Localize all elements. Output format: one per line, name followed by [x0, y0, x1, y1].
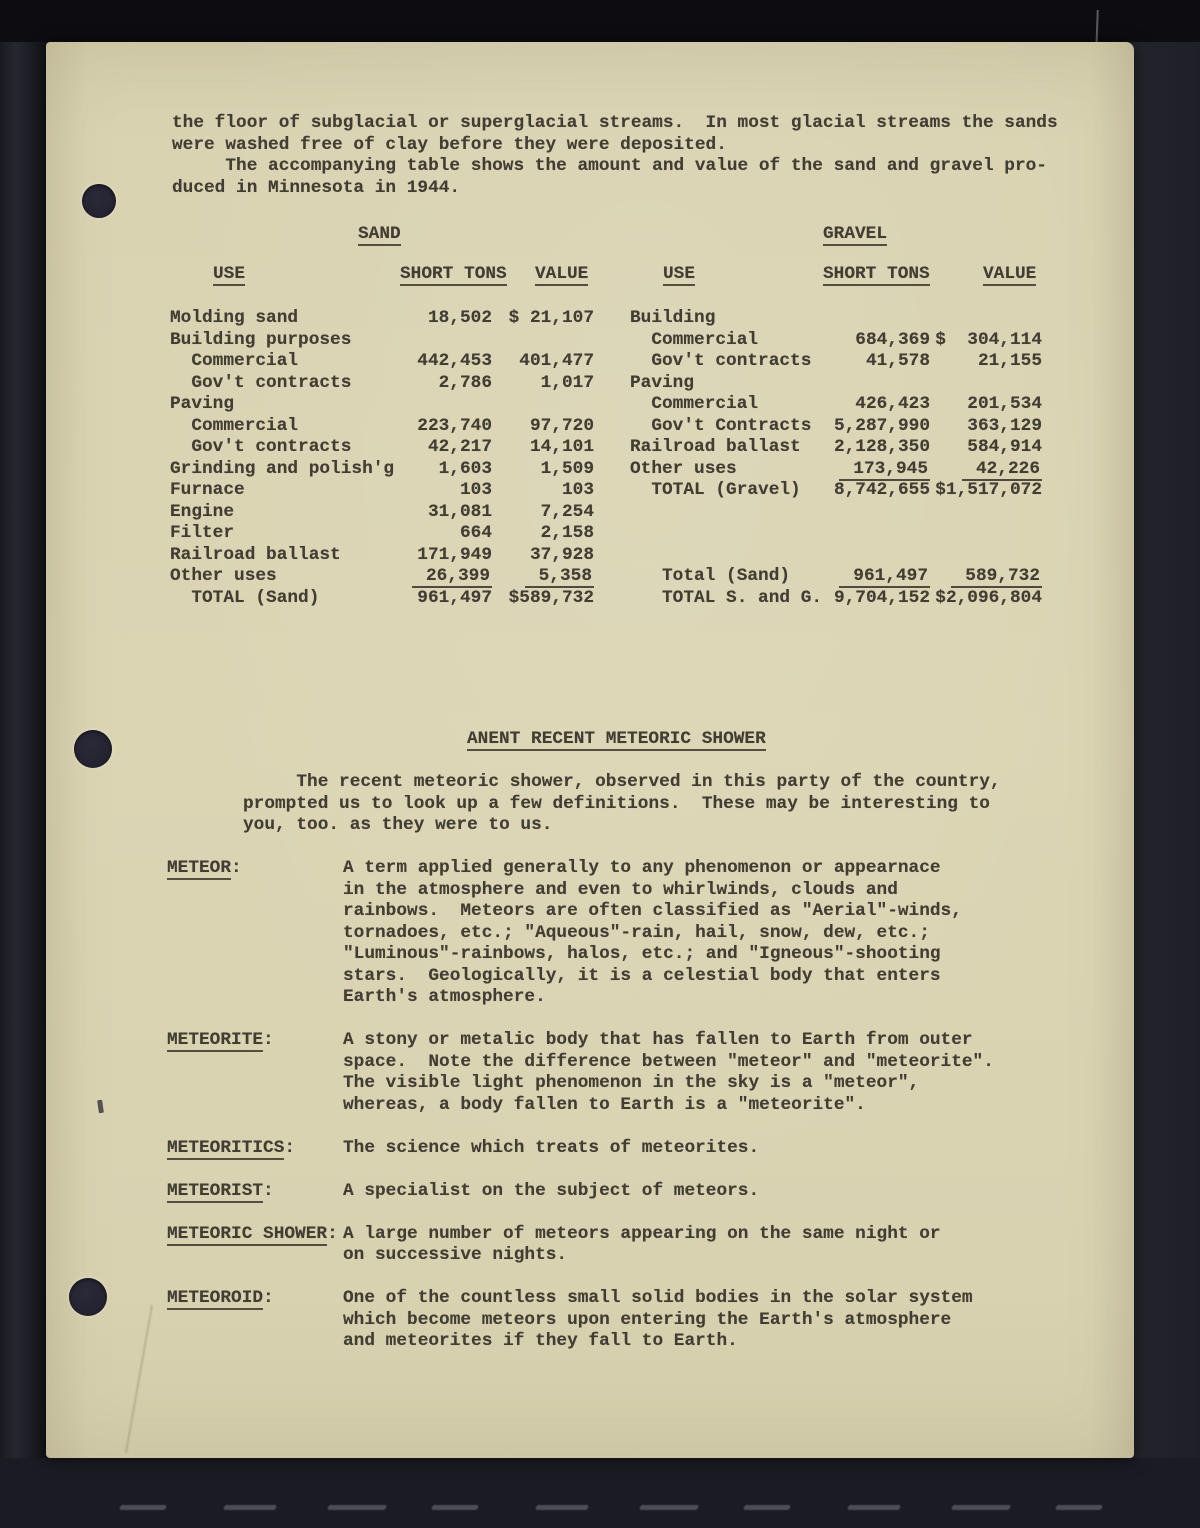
row-short-tons: 8,742,655: [830, 480, 930, 502]
table-row: Engine31,0817,254: [170, 502, 594, 524]
row-short-tons: [396, 394, 492, 416]
row-short-tons: [830, 308, 930, 330]
row-value: 1,509: [492, 459, 594, 481]
definition-term: METEORITE:: [167, 1030, 343, 1116]
row-use-label: Commercial: [170, 416, 396, 438]
row-short-tons: 26,399: [396, 566, 492, 588]
row-value: [492, 394, 594, 416]
row-value: 7,254: [492, 502, 594, 524]
film-mark: [119, 1505, 167, 1510]
document-page: the floor of subglacial or superglacial …: [46, 42, 1134, 1458]
table-row: Railroad ballast171,94937,928: [170, 545, 594, 567]
table-row: Furnace103103: [170, 480, 594, 502]
row-use-label: Commercial: [630, 394, 830, 416]
row-short-tons: 41,578: [830, 351, 930, 373]
row-value: $ 304,114: [930, 330, 1042, 352]
row-use-label: Filter: [170, 523, 396, 545]
definition-text: A term applied generally to any phenomen…: [343, 858, 962, 1009]
scan-background-bottom: [0, 1458, 1200, 1528]
row-short-tons: 103: [396, 480, 492, 502]
definition-term: METEOR:: [167, 858, 343, 1009]
definition-text: The science which treats of meteorites.: [343, 1138, 759, 1160]
row-value: $ 21,107: [492, 308, 594, 330]
row-use-label: Molding sand: [170, 308, 396, 330]
row-value: 97,720: [492, 416, 594, 438]
row-short-tons: [396, 330, 492, 352]
definition-item: METEOROID:One of the countless small sol…: [167, 1288, 1067, 1353]
row-value: 363,129: [930, 416, 1042, 438]
definition-text: A specialist on the subject of meteors.: [343, 1181, 759, 1203]
row-use-label: Other uses: [630, 459, 830, 481]
table-row: Gov't contracts41,57821,155: [630, 351, 1042, 373]
row-short-tons: 173,945: [830, 459, 930, 481]
table-row: [630, 523, 1042, 545]
row-short-tons: 9,704,152: [830, 588, 930, 610]
definition-item: METEORIST:A specialist on the subject of…: [167, 1181, 1067, 1203]
table-row: Commercial223,74097,720: [170, 416, 594, 438]
film-edge-marks: [0, 1503, 1200, 1513]
row-short-tons: [830, 373, 930, 395]
row-use-label: Commercial: [170, 351, 396, 373]
row-use-label: Paving: [630, 373, 830, 395]
row-use-label: Gov't contracts: [170, 373, 396, 395]
table-row: Gov't contracts42,21714,101: [170, 437, 594, 459]
paper-crease: [125, 1305, 153, 1453]
row-use-label: Engine: [170, 502, 396, 524]
punch-hole: [69, 1278, 107, 1316]
row-use-label: Other uses: [170, 566, 396, 588]
row-use-label: Gov't contracts: [630, 351, 830, 373]
scanned-document-photo: { "colors": { "paper": "#d9d3b2", "ink":…: [0, 0, 1200, 1528]
table-row: Commercial426,423201,534: [630, 394, 1042, 416]
table-row: [630, 545, 1042, 567]
definition-text: A large number of meteors appearing on t…: [343, 1224, 941, 1267]
gravel-table-title: GRAVEL: [823, 224, 887, 246]
row-use-label: Gov't contracts: [170, 437, 396, 459]
table-row: [630, 502, 1042, 524]
row-value: [930, 373, 1042, 395]
row-value: 21,155: [930, 351, 1042, 373]
row-short-tons: 961,497: [396, 588, 492, 610]
row-value: 103: [492, 480, 594, 502]
film-mark: [535, 1505, 589, 1510]
punch-hole: [74, 730, 112, 768]
definition-term: METEORITICS:: [167, 1138, 343, 1160]
table-row: Filter6642,158: [170, 523, 594, 545]
film-mark: [951, 1505, 1011, 1510]
row-short-tons: 1,603: [396, 459, 492, 481]
row-short-tons: 223,740: [396, 416, 492, 438]
gravel-col-short-tons: SHORT TONS: [823, 264, 930, 286]
row-short-tons: 426,423: [830, 394, 930, 416]
film-mark: [223, 1505, 277, 1510]
row-use-label: Railroad ballast: [170, 545, 396, 567]
row-use-label: Paving: [170, 394, 396, 416]
row-short-tons: [830, 523, 930, 545]
row-use-label: Railroad ballast: [630, 437, 830, 459]
row-value: 37,928: [492, 545, 594, 567]
row-use-label: TOTAL S. and G.: [630, 588, 830, 610]
definition-item: METEORITE:A stony or metalic body that h…: [167, 1030, 1067, 1116]
scan-background-right: [1130, 0, 1200, 1528]
row-value: $589,732: [492, 588, 594, 610]
table-row: Commercial684,369$ 304,114: [630, 330, 1042, 352]
section-intro: The recent meteoric shower, observed in …: [243, 772, 1001, 837]
row-value: 2,158: [492, 523, 594, 545]
row-value: 589,732: [930, 566, 1042, 588]
definition-item: METEOR:A term applied generally to any p…: [167, 858, 1067, 1009]
table-row: Railroad ballast2,128,350584,914: [630, 437, 1042, 459]
row-short-tons: 664: [396, 523, 492, 545]
sand-table: Molding sand18,502$ 21,107Building purpo…: [170, 308, 594, 609]
table-row: Molding sand18,502$ 21,107: [170, 308, 594, 330]
definition-text: A stony or metalic body that has fallen …: [343, 1030, 994, 1116]
intro-paragraph: the floor of subglacial or superglacial …: [172, 113, 1058, 199]
row-value: 401,477: [492, 351, 594, 373]
row-short-tons: 2,128,350: [830, 437, 930, 459]
table-row: Other uses26,3995,358: [170, 566, 594, 588]
table-row: Building: [630, 308, 1042, 330]
table-row: Total (Sand)961,497589,732: [630, 566, 1042, 588]
row-value: 584,914: [930, 437, 1042, 459]
row-value: [930, 502, 1042, 524]
sand-col-value: VALUE: [535, 264, 588, 286]
row-short-tons: 31,081: [396, 502, 492, 524]
row-short-tons: 2,786: [396, 373, 492, 395]
film-mark: [431, 1505, 479, 1510]
row-short-tons: [830, 545, 930, 567]
row-value: 42,226: [930, 459, 1042, 481]
row-value: 5,358: [492, 566, 594, 588]
gravel-col-value: VALUE: [983, 264, 1036, 286]
table-row: Paving: [170, 394, 594, 416]
row-use-label: Building: [630, 308, 830, 330]
definition-term: METEORIC SHOWER:: [167, 1224, 343, 1267]
row-short-tons: 42,217: [396, 437, 492, 459]
row-short-tons: 18,502: [396, 308, 492, 330]
row-use-label: TOTAL (Gravel): [630, 480, 830, 502]
table-row: Grinding and polish'g1,6031,509: [170, 459, 594, 481]
row-value: [930, 308, 1042, 330]
row-use-label: Total (Sand): [630, 566, 830, 588]
table-row: TOTAL (Gravel)8,742,655$1,517,072: [630, 480, 1042, 502]
table-row: TOTAL (Sand)961,497$589,732: [170, 588, 594, 610]
row-use-label: TOTAL (Sand): [170, 588, 396, 610]
row-use-label: Furnace: [170, 480, 396, 502]
table-row: Commercial442,453401,477: [170, 351, 594, 373]
row-use-label: Commercial: [630, 330, 830, 352]
definition-term: METEOROID:: [167, 1288, 343, 1353]
gravel-col-use: USE: [663, 264, 695, 286]
table-row: Other uses173,94542,226: [630, 459, 1042, 481]
row-short-tons: 442,453: [396, 351, 492, 373]
table-row: Gov't contracts2,7861,017: [170, 373, 594, 395]
row-value: 201,534: [930, 394, 1042, 416]
definition-term: METEORIST:: [167, 1181, 343, 1203]
row-short-tons: 5,287,990: [830, 416, 930, 438]
definition-item: METEORIC SHOWER:A large number of meteor…: [167, 1224, 1067, 1267]
sand-table-title: SAND: [358, 224, 401, 246]
row-use-label: Grinding and polish'g: [170, 459, 396, 481]
row-value: 14,101: [492, 437, 594, 459]
film-mark: [743, 1505, 791, 1510]
row-value: [492, 330, 594, 352]
row-short-tons: [830, 502, 930, 524]
section-heading: ANENT RECENT METEORIC SHOWER: [467, 729, 766, 751]
definitions-list: METEOR:A term applied generally to any p…: [167, 858, 1067, 1374]
table-row: Building purposes: [170, 330, 594, 352]
row-use-label: Building purposes: [170, 330, 396, 352]
row-value: $1,517,072: [930, 480, 1042, 502]
row-value: $2,096,804: [930, 588, 1042, 610]
row-use-label: [630, 502, 830, 524]
ink-speck: [97, 1100, 104, 1114]
definition-item: METEORITICS:The science which treats of …: [167, 1138, 1067, 1160]
sand-col-short-tons: SHORT TONS: [400, 264, 507, 286]
film-mark: [327, 1505, 387, 1510]
row-value: 1,017: [492, 373, 594, 395]
sand-col-use: USE: [213, 264, 245, 286]
film-mark: [847, 1505, 901, 1510]
punch-hole: [82, 184, 116, 218]
definition-text: One of the countless small solid bodies …: [343, 1288, 973, 1353]
table-row: Paving: [630, 373, 1042, 395]
film-mark: [639, 1505, 699, 1510]
row-use-label: Gov't Contracts: [630, 416, 830, 438]
row-short-tons: 171,949: [396, 545, 492, 567]
row-value: [930, 523, 1042, 545]
row-value: [930, 545, 1042, 567]
table-row: TOTAL S. and G.9,704,152$2,096,804: [630, 588, 1042, 610]
row-short-tons: 684,369: [830, 330, 930, 352]
row-use-label: [630, 545, 830, 567]
row-short-tons: 961,497: [830, 566, 930, 588]
table-row: Gov't Contracts5,287,990363,129: [630, 416, 1042, 438]
scan-background-top: [0, 0, 1200, 42]
row-use-label: [630, 523, 830, 545]
binder-spine: [0, 0, 50, 1528]
film-mark: [1055, 1505, 1103, 1510]
gravel-table: Building Commercial684,369$ 304,114 Gov'…: [630, 308, 1042, 609]
